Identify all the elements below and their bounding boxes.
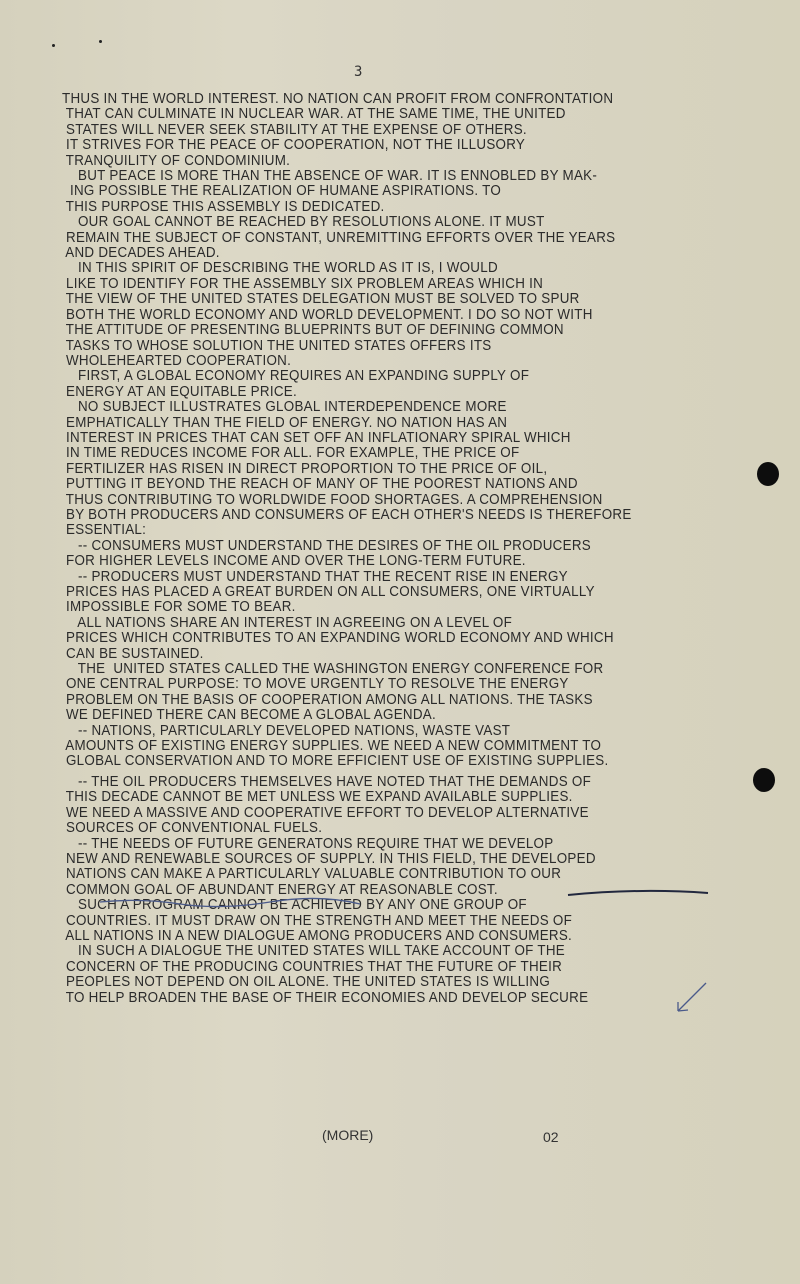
text-line: ESSENTIAL: [62, 523, 713, 538]
paper-speck [52, 44, 55, 47]
text-line: THE UNITED STATES CALLED THE WASHINGTON … [62, 662, 713, 677]
punch-hole [753, 768, 775, 792]
text-line: -- CONSUMERS MUST UNDERSTAND THE DESIRES… [62, 539, 713, 554]
text-line: STATES WILL NEVER SEEK STABILITY AT THE … [62, 123, 713, 138]
text-line: ALL NATIONS SHARE AN INTEREST IN AGREEIN… [62, 616, 713, 631]
text-line: NO SUBJECT ILLUSTRATES GLOBAL INTERDEPEN… [62, 400, 713, 415]
text-line: THIS PURPOSE THIS ASSEMBLY IS DEDICATED. [62, 200, 713, 215]
text-line: -- NATIONS, PARTICULARLY DEVELOPED NATIO… [62, 724, 713, 739]
text-line: BY BOTH PRODUCERS AND CONSUMERS OF EACH … [62, 508, 713, 523]
more-marker: (MORE) [322, 1127, 373, 1143]
text-line: FOR HIGHER LEVELS INCOME AND OVER THE LO… [62, 554, 713, 569]
text-line: LIKE TO IDENTIFY FOR THE ASSEMBLY SIX PR… [62, 277, 713, 292]
text-line: PROBLEM ON THE BASIS OF COOPERATION AMON… [62, 693, 713, 708]
text-line: CAN BE SUSTAINED. [62, 647, 713, 662]
text-line: THAT CAN CULMINATE IN NUCLEAR WAR. AT TH… [62, 107, 713, 122]
text-line: TO HELP BROADEN THE BASE OF THEIR ECONOM… [62, 991, 713, 1006]
text-line: AMOUNTS OF EXISTING ENERGY SUPPLIES. WE … [62, 739, 713, 754]
paper-speck [99, 40, 102, 43]
text-line: TRANQUILITY OF CONDOMINIUM. [62, 154, 713, 169]
text-line: THUS CONTRIBUTING TO WORLDWIDE FOOD SHOR… [62, 493, 713, 508]
text-line: REMAIN THE SUBJECT OF CONSTANT, UNREMITT… [62, 231, 713, 246]
text-line: GLOBAL CONSERVATION AND TO MORE EFFICIEN… [62, 754, 713, 769]
text-line: IN SUCH A DIALOGUE THE UNITED STATES WIL… [62, 944, 713, 959]
text-line: ONE CENTRAL PURPOSE: TO MOVE URGENTLY TO… [62, 677, 713, 692]
document-page: 3 THUS IN THE WORLD INTEREST. NO NATION … [0, 0, 800, 1284]
text-line: AND DECADES AHEAD. [62, 246, 713, 261]
text-line: IT STRIVES FOR THE PEACE OF COOPERATION,… [62, 138, 713, 153]
text-line: FERTILIZER HAS RISEN IN DIRECT PROPORTIO… [62, 462, 713, 477]
text-line: INTEREST IN PRICES THAT CAN SET OFF AN I… [62, 431, 713, 446]
text-line: ENERGY AT AN EQUITABLE PRICE. [62, 385, 713, 400]
text-line: ALL NATIONS IN A NEW DIALOGUE AMONG PROD… [62, 929, 713, 944]
text-line: COUNTRIES. IT MUST DRAW ON THE STRENGTH … [62, 914, 713, 929]
text-line: PUTTING IT BEYOND THE REACH OF MANY OF T… [62, 477, 713, 492]
text-line: THE VIEW OF THE UNITED STATES DELEGATION… [62, 292, 713, 307]
text-line: PRICES HAS PLACED A GREAT BURDEN ON ALL … [62, 585, 713, 600]
pen-arrow-annotation [672, 980, 712, 1020]
text-line: THUS IN THE WORLD INTEREST. NO NATION CA… [62, 92, 713, 107]
text-line: IMPOSSIBLE FOR SOME TO BEAR. [62, 600, 713, 615]
text-line: TASKS TO WHOSE SOLUTION THE UNITED STATE… [62, 339, 713, 354]
text-line: -- THE OIL PRODUCERS THEMSELVES HAVE NOT… [62, 775, 713, 790]
pen-underline-annotation [100, 880, 720, 910]
text-line: THIS DECADE CANNOT BE MET UNLESS WE EXPA… [62, 790, 713, 805]
text-line: PRICES WHICH CONTRIBUTES TO AN EXPANDING… [62, 631, 713, 646]
text-line: ING POSSIBLE THE REALIZATION OF HUMANE A… [62, 184, 713, 199]
text-line: BOTH THE WORLD ECONOMY AND WORLD DEVELOP… [62, 308, 713, 323]
text-line: BUT PEACE IS MORE THAN THE ABSENCE OF WA… [62, 169, 713, 184]
text-line: FIRST, A GLOBAL ECONOMY REQUIRES AN EXPA… [62, 369, 713, 384]
text-line: WE NEED A MASSIVE AND COOPERATIVE EFFORT… [62, 806, 713, 821]
punch-hole [757, 462, 779, 486]
text-line: OUR GOAL CANNOT BE REACHED BY RESOLUTION… [62, 215, 713, 230]
text-line: WHOLEHEARTED COOPERATION. [62, 354, 713, 369]
text-line: SOURCES OF CONVENTIONAL FUELS. [62, 821, 713, 836]
text-line: IN TIME REDUCES INCOME FOR ALL. FOR EXAM… [62, 446, 713, 461]
document-body: THUS IN THE WORLD INTEREST. NO NATION CA… [62, 92, 713, 1006]
text-line: -- THE NEEDS OF FUTURE GENERATONS REQUIR… [62, 837, 713, 852]
text-line: PEOPLES NOT DEPEND ON OIL ALONE. THE UNI… [62, 975, 713, 990]
page-code: 02 [543, 1129, 559, 1145]
text-line: NEW AND RENEWABLE SOURCES OF SUPPLY. IN … [62, 852, 713, 867]
page-number: 3 [354, 64, 362, 80]
text-line: -- PRODUCERS MUST UNDERSTAND THAT THE RE… [62, 570, 713, 585]
text-line: CONCERN OF THE PRODUCING COUNTRIES THAT … [62, 960, 713, 975]
text-line: WE DEFINED THERE CAN BECOME A GLOBAL AGE… [62, 708, 713, 723]
text-line: THE ATTITUDE OF PRESENTING BLUEPRINTS BU… [62, 323, 713, 338]
text-line: EMPHATICALLY THAN THE FIELD OF ENERGY. N… [62, 416, 713, 431]
text-line: IN THIS SPIRIT OF DESCRIBING THE WORLD A… [62, 261, 713, 276]
